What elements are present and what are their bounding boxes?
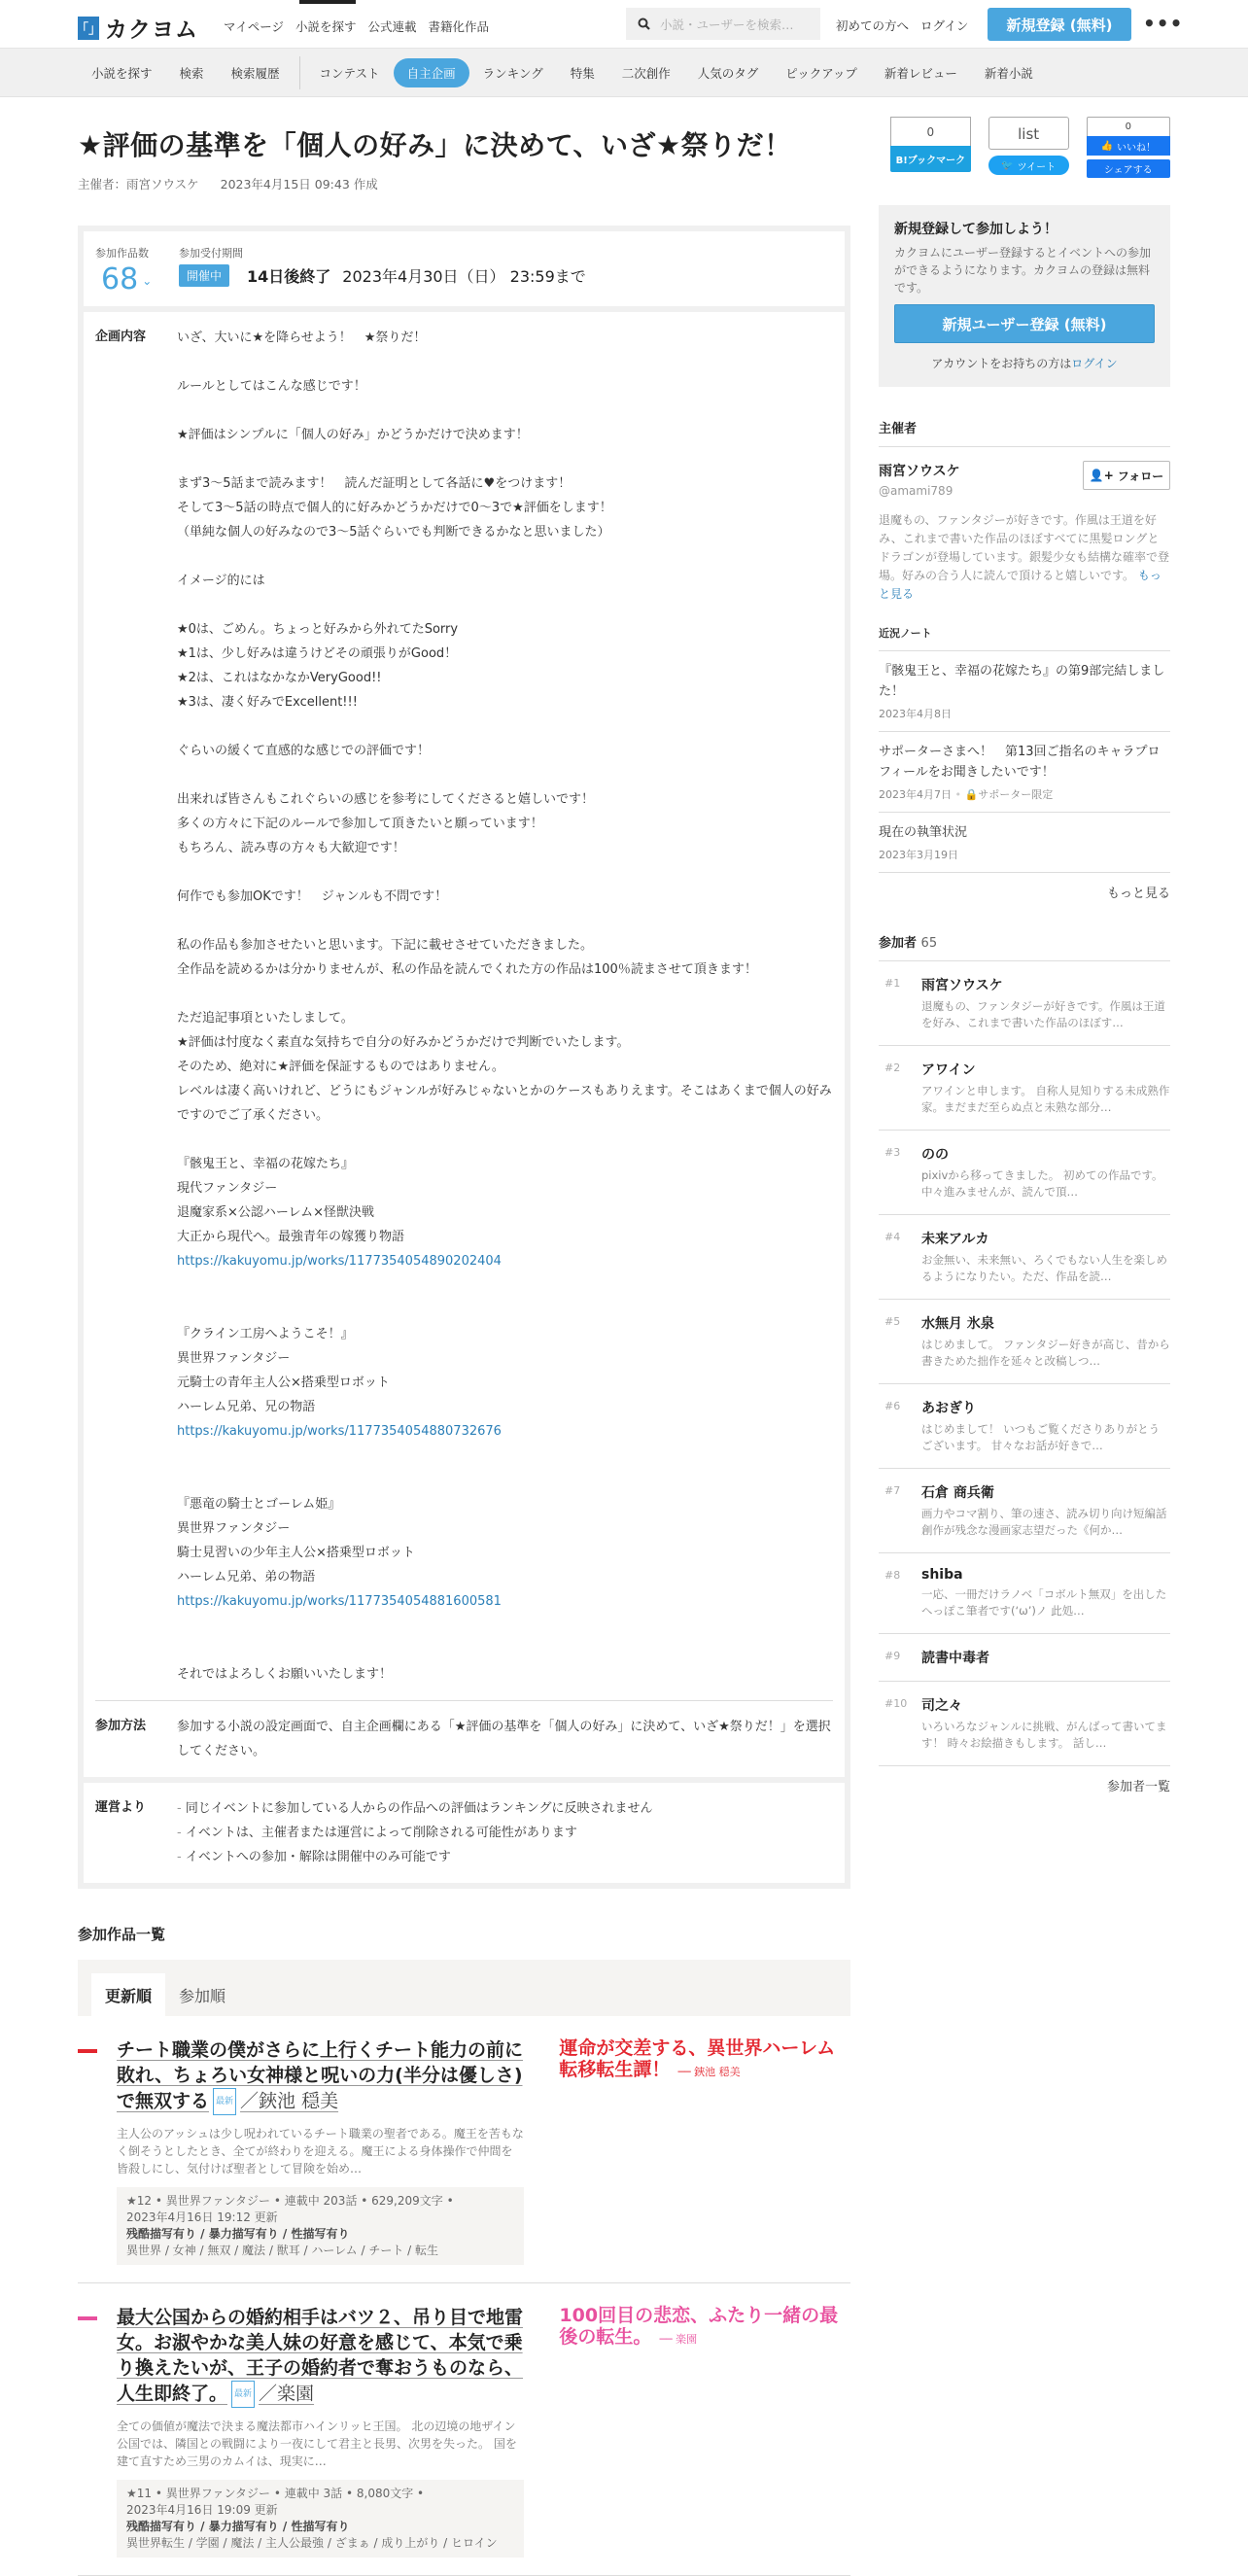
work-url-link[interactable]: https://kakuyomu.jp/works/11773540548816… <box>177 1589 833 1614</box>
content-line: （単純な個人の好みなので3～5話ぐらいでも判断できるかなと思いました） <box>177 520 833 544</box>
note-date-row: 2023年4月7日 • 🔒サポーター限定 <box>879 786 1170 802</box>
work-main: チート職業の僕がさらに上行くチート能力の前に敗れ、ちょろい女神様と呪いの力(半分… <box>117 2037 524 2265</box>
operator-note: 同じイベントに参加している人からの作品への評価はランキングに反映されません <box>177 1796 833 1821</box>
participant-name[interactable]: 水無月 氷泉 <box>921 1313 1170 1333</box>
participants-count: 65 <box>921 936 938 951</box>
operator-notes-panel: 運営より 同じイベントに参加している人からの作品への評価はランキングに反映されま… <box>78 1783 850 1889</box>
content-line: 全作品を読めるかは分かりませんが、私の作品を読んでくれた方の作品は100％読まさ… <box>177 957 833 982</box>
participant-info: 雨宮ソウスケ退魔もの、ファンタジーが好きです。作風は王道を好み、これまで書いた作… <box>921 975 1170 1031</box>
facebook-buttons: 0 👍いいね！ シェアする <box>1087 117 1171 178</box>
content-line: ぐらいの緩くて直感的な感じでの評価です！ <box>177 739 833 763</box>
active-nav-indicator <box>299 0 356 4</box>
sub-navigation: 小説を探す 検索 検索履歴 コンテスト 自主企画 ランキング 特集 二次創作 人… <box>0 49 1248 97</box>
operator-notes-section: 運営より 同じイベントに参加している人からの作品への評価はランキングに反映されま… <box>84 1783 845 1883</box>
participant-bio: お金無い、未来無い、ろくでもない人生を楽しめるようになりたい。ただ、作品を読… <box>921 1252 1170 1285</box>
fb-like-label: いいね！ <box>1117 139 1156 154</box>
nav-find-novels[interactable]: 小説を探す <box>295 17 357 35</box>
work-updated: 2023年4月16日 19:09 更新 <box>126 2502 514 2519</box>
participant-name[interactable]: のの <box>921 1144 1170 1164</box>
catchphrase-text: 100回目の悲恋、ふたり一緒の最後の転生。 <box>559 2305 838 2348</box>
participant-name[interactable]: 未来アルカ <box>921 1229 1170 1248</box>
participant-info: ののpixivから移ってきました。 初めての作品です。 中々進みませんが、読んで… <box>921 1144 1170 1201</box>
content-line: そのため、絶対に★評価を保証するものではありません。 <box>177 1055 833 1079</box>
period-block: 参加受付期間 開催中 14日後終了 2023年4月30日（日） 23:59まで <box>179 245 586 296</box>
host-bio: 退魔もの、ファンタジーが好きです。作風は王道を好み、これまで書いた作品のほぼすべ… <box>879 511 1170 604</box>
participant-item[interactable]: #6あおぎりはじめまして！ いつもご覧くださりありがとうございます。 甘々なお話… <box>879 1384 1170 1469</box>
works-count-label: 参加作品数 <box>95 245 179 261</box>
content-line <box>177 1444 833 1468</box>
subnav-new-reviews[interactable]: 新着レビュー <box>871 58 971 87</box>
participant-rank: #1 <box>879 975 921 1031</box>
notes-heading: 近況ノート <box>879 625 1170 651</box>
tab-updated-order[interactable]: 更新順 <box>91 1973 165 2016</box>
subnav-search-history[interactable]: 検索履歴 <box>218 58 294 87</box>
subnav-search[interactable]: 検索 <box>166 58 218 87</box>
sidebar: 0 B!ブックマーク list 🐦ツイート 0 👍いいね！ シェアする 新規登録… <box>879 97 1170 1794</box>
work-tags[interactable]: 異世界 / 女神 / 無双 / 魔法 / 獣耳 / ハーレム / チート / 転… <box>126 2243 514 2259</box>
participant-name[interactable]: アワイン <box>921 1060 1170 1079</box>
how-to-join-text: 参加する小説の設定画面で、自主企画欄にある「★評価の基準を「個人の好み」に決めて… <box>177 1715 833 1763</box>
work-updated: 2023年4月16日 19:12 更新 <box>126 2210 514 2226</box>
participant-info: 司之々いろいろなジャンルに挑戦、がんばって書いてます！ 時々お絵描きもします。 … <box>921 1695 1170 1752</box>
participant-rank: #3 <box>879 1144 921 1201</box>
participants-heading: 参加者 65 <box>879 932 1170 961</box>
content-line: それではよろしくお願いいたします！ <box>177 1662 833 1687</box>
content-line <box>177 909 833 933</box>
participant-item[interactable]: #4未来アルカお金無い、未来無い、ろくでもない人生を楽しめるようになりたい。ただ… <box>879 1215 1170 1300</box>
content-line: 元騎士の青年主人公×搭乗型ロボット <box>177 1371 833 1395</box>
event-stats: 参加作品数 68⌄ 参加受付期間 開催中 14日後終了 2023年4月30日（日… <box>84 231 845 312</box>
note-date: 2023年4月7日 <box>879 788 952 801</box>
content-line: ただ追記事項といたしまして。 <box>177 1006 833 1030</box>
works-list: チート職業の僕がさらに上行くチート能力の前に敗れ、ちょろい女神様と呪いの力(半分… <box>78 2016 850 2576</box>
new-badge: 最新 <box>213 2088 236 2115</box>
follow-button[interactable]: 👤+フォロー <box>1083 461 1170 490</box>
header-nav: マイページ 小説を探す 公式連載 書籍化作品 <box>224 17 489 35</box>
logo-mark-icon: 「」 <box>78 17 99 40</box>
tweet-label-wrap: 🐦ツイート <box>988 156 1069 175</box>
work-author[interactable]: ／楽園 <box>259 2384 314 2405</box>
hatena-label: B!ブックマーク <box>890 146 971 172</box>
event-meta: 主催者：雨宮ソウスケ 2023年4月15日 09:43 作成 <box>78 175 850 192</box>
subnav-divider <box>299 56 300 89</box>
operator-note: イベントへの参加・解除は開催中のみ可能です <box>177 1845 833 1869</box>
search-placeholder: 小説・ユーザーを検索… <box>660 16 794 33</box>
main-column: ★評価の基準を「個人の好み」に決めて、いざ★祭りだ！ 主催者：雨宮ソウスケ 20… <box>78 97 850 2576</box>
works-sort-tabs: 更新順 参加順 <box>78 1960 850 2016</box>
subnav-find-novels[interactable]: 小説を探す <box>78 58 166 87</box>
subnav-new-novels[interactable]: 新着小説 <box>971 58 1047 87</box>
note-item[interactable]: サポーターさまへ！ 第13回ご指名のキャラプロフィールをお聞きしたいです！202… <box>879 732 1170 813</box>
work-catchphrase: 運命が交差する、異世界ハーレム転移転生譚！── 鋏池 穏美 <box>559 2037 850 2265</box>
register-button[interactable]: 新規ユーザー登録 (無料) <box>894 304 1155 343</box>
subnav-user-events[interactable]: 自主企画 <box>394 58 469 87</box>
content-line <box>177 593 833 617</box>
content-line: 退魔家系×公認ハーレム×怪獣決戦 <box>177 1201 833 1225</box>
note-title[interactable]: 現在の執筆状況 <box>879 822 1170 843</box>
login-prompt-text: アカウントをお持ちの方は <box>931 357 1071 370</box>
notes-list: 『骸鬼王と、幸福の花嫁たち』の第9部完結しました！2023年4月8日サポーターさ… <box>879 651 1170 873</box>
participant-name[interactable]: あおぎり <box>921 1398 1170 1417</box>
content-line: 多くの方々に下記のルールで参加して頂きたいと願っています！ <box>177 812 833 836</box>
content-line: イメージ的には <box>177 569 833 593</box>
content-line <box>177 763 833 787</box>
content-line <box>177 982 833 1006</box>
work-item: チート職業の僕がさらに上行くチート能力の前に敗れ、ちょろい女神様と呪いの力(半分… <box>78 2016 850 2283</box>
subnav-contest[interactable]: コンテスト <box>306 58 394 87</box>
join-cta-box: 新規登録して参加しよう！ カクヨムにユーザー登録するとイベントへの参加ができるよ… <box>879 205 1170 387</box>
catchphrase-author: ── 楽園 <box>659 2333 697 2346</box>
catchphrase-author: ── 鋏池 穏美 <box>677 2066 740 2078</box>
participant-bio: アワインと申します。 自称人見知りする未成熟作家。まだまだ至らぬ点と未熟な部分… <box>921 1083 1170 1116</box>
works-count[interactable]: 68⌄ <box>95 262 179 296</box>
lock-icon: 🔒 <box>965 788 979 801</box>
participants-label: 参加者 <box>879 936 917 951</box>
share-buttons: 0 B!ブックマーク list 🐦ツイート 0 👍いいね！ シェアする <box>879 117 1170 178</box>
nav-published-works[interactable]: 書籍化作品 <box>429 17 490 35</box>
event-host[interactable]: 主催者：雨宮ソウスケ <box>78 177 199 191</box>
add-user-icon: 👤+ <box>1090 469 1114 482</box>
work-color-mark <box>78 2049 97 2053</box>
subnav-popular-tags[interactable]: 人気のタグ <box>684 58 773 87</box>
note-item[interactable]: 現在の執筆状況2023年3月19日 <box>879 813 1170 873</box>
content-line: もちろん、読み専の方々も大歓迎です！ <box>177 836 833 860</box>
twitter-bird-icon: 🐦 <box>1001 160 1013 171</box>
participant-bio: はじめまして。 ファンタジー好きが高じ、昔から書きためた拙作を延々と改稿しつ… <box>921 1337 1170 1370</box>
content-line: そして3～5話の時点で個人的に好みかどうかだけで0～3で★評価をします！ <box>177 496 833 520</box>
work-catchphrase: 100回目の悲恋、ふたり一緒の最後の転生。── 楽園 <box>559 2305 850 2558</box>
note-title[interactable]: 『骸鬼王と、幸福の花嫁たち』の第9部完結しました！ <box>879 661 1170 702</box>
tweet-count: list <box>988 117 1069 150</box>
work-author[interactable]: ／鋏池 穏美 <box>240 2091 338 2112</box>
work-color-mark <box>78 2316 97 2320</box>
participant-name[interactable]: 司之々 <box>921 1695 1170 1715</box>
signup-button[interactable]: 新規登録 (無料) <box>988 8 1131 41</box>
period-label: 参加受付期間 <box>179 245 586 261</box>
content-line: 現代ファンタジー <box>177 1176 833 1201</box>
operator-note: イベントは、主催者または運営によって削除される可能性があります <box>177 1821 833 1845</box>
work-main: 最大公国からの婚約相手はバツ２、吊り目で地雷女。お淑やかな美人妹の好意を感じて、… <box>117 2305 524 2558</box>
content-line: 『悪竜の騎士とゴーレム姫』 <box>177 1492 833 1516</box>
content-line <box>177 350 833 374</box>
content-line: まず3～5話まで読みます！ 読んだ証明として各話に♥をつけます！ <box>177 471 833 496</box>
participant-item[interactable]: #9読書中毒者 <box>879 1634 1170 1682</box>
content-line: 『クライン工房へようこそ！』 <box>177 1322 833 1346</box>
work-title-line: チート職業の僕がさらに上行くチート能力の前に敗れ、ちょろい女神様と呪いの力(半分… <box>117 2037 524 2115</box>
participant-bio: 退魔もの、ファンタジーが好きです。作風は王道を好み、これまで書いた作品のほぼす… <box>921 998 1170 1031</box>
chevron-down-icon: ⌄ <box>142 274 152 288</box>
note-date: 2023年4月8日 <box>879 708 952 720</box>
nav-mypage[interactable]: マイページ <box>224 17 284 35</box>
hatena-count: 0 <box>890 117 971 146</box>
content-line: 何作でも参加OKです！ ジャンルも不問です！ <box>177 885 833 909</box>
works-count-block: 参加作品数 68⌄ <box>95 245 179 296</box>
fb-share-button[interactable]: シェアする <box>1087 159 1171 178</box>
content-line <box>177 1468 833 1492</box>
how-to-join-label: 参加方法 <box>95 1715 177 1763</box>
work-description: 全ての価値が魔法で決まる魔法都市ハインリッヒ王国。 北の辺境の地ザイン公国では、… <box>117 2418 524 2470</box>
content-line: ★2は、これはなかなかVeryGood!! <box>177 666 833 690</box>
content-line <box>177 1298 833 1322</box>
content-line: 大正から現代へ。最強青年の嫁獲り物語 <box>177 1225 833 1249</box>
content-line: 異世界ファンタジー <box>177 1516 833 1541</box>
work-description: 主人公のアッシュは少し呪われているチート職業の聖者である。魔王を苦もなく倒そうと… <box>117 2125 524 2177</box>
subnav-features[interactable]: 特集 <box>557 58 608 87</box>
participant-item[interactable]: #7石倉 商兵衛画力やコマ割り、筆の速さ、読み切り向け短編話創作が残念な漫画家志… <box>879 1469 1170 1553</box>
subnav-ranking[interactable]: ランキング <box>469 58 557 87</box>
event-title: ★評価の基準を「個人の好み」に決めて、いざ★祭りだ！ <box>78 124 850 163</box>
participant-rank: #4 <box>879 1229 921 1285</box>
content-line <box>177 1128 833 1152</box>
content-line: ★1は、少し好みは違うけどその頑張りがGood！ <box>177 642 833 666</box>
content-line: ハーレム兄弟、兄の物語 <box>177 1395 833 1419</box>
dot-separator: • <box>955 788 962 801</box>
participant-name[interactable]: 石倉 商兵衛 <box>921 1482 1170 1502</box>
content-line: ハーレム兄弟、弟の物語 <box>177 1565 833 1589</box>
content-line <box>177 1273 833 1298</box>
operator-notes-list: 同じイベントに参加している人からの作品への評価はランキングに反映されません イベ… <box>177 1796 833 1869</box>
participant-info: 未来アルカお金無い、未来無い、ろくでもない人生を楽しめるようになりたい。ただ、作… <box>921 1229 1170 1285</box>
note-date-row: 2023年4月8日 <box>879 706 1170 721</box>
works-count-value: 68 <box>101 262 138 296</box>
participant-item[interactable]: #2アワインアワインと申します。 自称人見知りする未成熟作家。まだまだ至らぬ点と… <box>879 1046 1170 1131</box>
participant-item[interactable]: #3ののpixivから移ってきました。 初めての作品です。 中々進みませんが、読… <box>879 1131 1170 1215</box>
new-badge: 最新 <box>231 2381 255 2408</box>
participant-name[interactable]: 読書中毒者 <box>921 1648 1170 1667</box>
event-content-body: いざ、大いに★を降らせよう！ ★祭りだ！ルールとしてはこんな感じです！★評価はシ… <box>177 326 833 1687</box>
content-line: ルールとしてはこんな感じです！ <box>177 374 833 399</box>
event-detail-panel: 参加作品数 68⌄ 参加受付期間 開催中 14日後終了 2023年4月30日（日… <box>78 226 850 1783</box>
fb-like-button[interactable]: 👍いいね！ <box>1087 136 1171 156</box>
work-url-link[interactable]: https://kakuyomu.jp/works/11773540548902… <box>177 1249 833 1273</box>
content-line: ★評価は忖度なく素直な気持ちで自分の好みかどうかだけで判断でいたします。 <box>177 1030 833 1055</box>
period-row: 開催中 14日後終了 2023年4月30日（日） 23:59まで <box>179 264 586 287</box>
host-card: 雨宮ソウスケ @amami789 👤+フォロー <box>879 461 1170 498</box>
participant-info: アワインアワインと申します。 自称人見知りする未成熟作家。まだまだ至らぬ点と未熟… <box>921 1060 1170 1116</box>
status-badge: 開催中 <box>179 264 229 287</box>
participant-rank: #7 <box>879 1482 921 1539</box>
work-stats: ★11 • 異世界ファンタジー • 連載中 3話 • 8,080文字 • <box>126 2486 514 2502</box>
hatena-bookmark-button[interactable]: 0 B!ブックマーク <box>890 117 971 178</box>
event-created: 2023年4月15日 09:43 作成 <box>221 177 378 191</box>
join-text: カクヨムにユーザー登録するとイベントへの参加ができるようになります。カクヨムの登… <box>894 244 1155 296</box>
work-url-link[interactable]: https://kakuyomu.jp/works/11773540548807… <box>177 1419 833 1444</box>
global-header: 「」 カクヨム マイページ 小説を探す 公式連載 書籍化作品 小説・ユーザーを検… <box>0 0 1248 49</box>
participant-name[interactable]: 雨宮ソウスケ <box>921 975 1170 994</box>
content-line: ★0は、ごめん。ちょっと好みから外れてたSorry <box>177 617 833 642</box>
logo-text: カクヨム <box>105 12 198 44</box>
participant-name[interactable]: shiba <box>921 1567 1170 1583</box>
participant-rank: #2 <box>879 1060 921 1116</box>
participant-item[interactable]: #10司之々いろいろなジャンルに挑戦、がんばって書いてます！ 時々お絵描きもしま… <box>879 1682 1170 1766</box>
header-links: 初めての方へ ログイン <box>836 17 968 34</box>
works-heading: 参加作品一覧 <box>78 1924 850 1944</box>
search-input[interactable]: 小説・ユーザーを検索… <box>626 8 820 40</box>
host-heading: 主催者 <box>879 418 1170 447</box>
subnav-pickup[interactable]: ピックアップ <box>772 58 871 87</box>
participant-item[interactable]: #5水無月 氷泉はじめまして。 ファンタジー好きが高じ、昔から書きためた拙作を延… <box>879 1300 1170 1384</box>
content-line: ★3は、凄く好みでExcellent!!! <box>177 690 833 714</box>
sidebar-login-link[interactable]: ログイン <box>1071 357 1117 370</box>
participant-bio: いろいろなジャンルに挑戦、がんばって書いてます！ 時々お絵描きもします。 話し… <box>921 1719 1170 1752</box>
host-bio-text: 退魔もの、ファンタジーが好きです。作風は王道を好み、これまで書いた作品のほぼすべ… <box>879 513 1169 582</box>
content-line <box>177 714 833 739</box>
more-menu-icon[interactable]: ••• <box>1143 12 1183 35</box>
fb-count: 0 <box>1087 117 1171 136</box>
note-date-row: 2023年3月19日 <box>879 847 1170 862</box>
remaining-time: 14日後終了 <box>247 264 330 287</box>
content-line: 私の作品も参加させたいと思います。下記に載せさせていただきました。 <box>177 933 833 957</box>
work-title-line: 最大公国からの婚約相手はバツ２、吊り目で地雷女。お淑やかな美人妹の好意を感じて、… <box>117 2305 524 2408</box>
host-name[interactable]: 雨宮ソウスケ <box>879 461 960 480</box>
note-date: 2023年3月19日 <box>879 849 958 861</box>
subnav-fan-fiction[interactable]: 二次創作 <box>608 58 684 87</box>
note-item[interactable]: 『骸鬼王と、幸福の花嫁たち』の第9部完結しました！2023年4月8日 <box>879 651 1170 732</box>
content-line <box>177 544 833 569</box>
participant-info: 水無月 氷泉はじめまして。 ファンタジー好きが高じ、昔から書きためた拙作を延々と… <box>921 1313 1170 1370</box>
participant-info: あおぎりはじめまして！ いつもご覧くださりありがとうございます。 甘々なお話が好… <box>921 1398 1170 1454</box>
content-line <box>177 1614 833 1638</box>
content-line: 出来れば皆さんもこれぐらいの感じを参考にしてくださると嬉しいです！ <box>177 787 833 812</box>
content-line: 『骸鬼王と、幸福の花嫁たち』 <box>177 1152 833 1176</box>
work-info-box: ★11 • 異世界ファンタジー • 連載中 3話 • 8,080文字 •2023… <box>117 2480 524 2558</box>
participant-rank: #6 <box>879 1398 921 1454</box>
participants-all-link[interactable]: 参加者一覧 <box>879 1776 1170 1794</box>
event-content-section: 企画内容 いざ、大いに★を降らせよう！ ★祭りだ！ルールとしてはこんな感じです！… <box>84 312 845 1700</box>
work-warnings: 残酷描写有り / 暴力描写有り / 性描写有り <box>126 2519 514 2535</box>
login-prompt: アカウントをお持ちの方はログイン <box>894 355 1155 371</box>
content-line <box>177 860 833 885</box>
work-stats: ★12 • 異世界ファンタジー • 連載中 203話 • 629,209文字 • <box>126 2193 514 2210</box>
content-line: レベルは凄く高いけれど、どうにもジャンルが好みじゃないとかのケースもありえます。… <box>177 1079 833 1128</box>
participant-info: 読書中毒者 <box>921 1648 1170 1667</box>
tweet-button[interactable]: list 🐦ツイート <box>988 117 1069 178</box>
participant-bio: 画力やコマ割り、筆の速さ、読み切り向け短編話創作が残念な漫画家志望だった《何か… <box>921 1506 1170 1539</box>
end-date: 2023年4月30日（日） 23:59まで <box>342 264 585 287</box>
note-title[interactable]: サポーターさまへ！ 第13回ご指名のキャラプロフィールをお聞きしたいです！ <box>879 742 1170 783</box>
participant-rank: #8 <box>879 1567 921 1619</box>
participant-item[interactable]: #8shiba一応、一冊だけラノベ「コボルト無双」を出したへっぽこ筆者です(‘ω… <box>879 1553 1170 1634</box>
content-line: いざ、大いに★を降らせよう！ ★祭りだ！ <box>177 326 833 350</box>
notes-more-link[interactable]: もっと見る <box>879 883 1170 901</box>
work-title-link[interactable]: 最大公国からの婚約相手はバツ２、吊り目で地雷女。お淑やかな美人妹の好意を感じて、… <box>117 2307 523 2405</box>
site-logo[interactable]: 「」 カクヨム <box>78 12 198 44</box>
content-label: 企画内容 <box>95 326 177 1687</box>
join-heading: 新規登録して参加しよう！ <box>894 219 1155 238</box>
follow-label: フォロー <box>1118 468 1163 484</box>
work-item: 最大公国からの婚約相手はバツ２、吊り目で地雷女。お淑やかな美人妹の好意を感じて、… <box>78 2283 850 2576</box>
participants-list: #1雨宮ソウスケ退魔もの、ファンタジーが好きです。作風は王道を好み、これまで書い… <box>879 961 1170 1766</box>
tweet-label: ツイート <box>1018 158 1057 173</box>
content-line: 異世界ファンタジー <box>177 1346 833 1371</box>
participant-rank: #10 <box>879 1695 921 1752</box>
work-warnings: 残酷描写有り / 暴力描写有り / 性描写有り <box>126 2226 514 2243</box>
how-to-join-section: 参加方法 参加する小説の設定画面で、自主企画欄にある「★評価の基準を「個人の好み… <box>84 1701 845 1777</box>
thumbs-up-icon: 👍 <box>1101 141 1113 152</box>
login-link[interactable]: ログイン <box>920 17 968 34</box>
work-tags[interactable]: 異世界転生 / 学園 / 魔法 / 主人公最強 / ざまぁ / 成り上がり / … <box>126 2535 514 2552</box>
work-info-box: ★12 • 異世界ファンタジー • 連載中 203話 • 629,209文字 •… <box>117 2187 524 2265</box>
content-line <box>177 399 833 423</box>
beginners-link[interactable]: 初めての方へ <box>836 17 909 34</box>
participant-bio: はじめまして！ いつもご覧くださりありがとうございます。 甘々なお話が好きで… <box>921 1421 1170 1454</box>
tab-join-order[interactable]: 参加順 <box>165 1973 239 2016</box>
content-line <box>177 1638 833 1662</box>
participant-bio: 一応、一冊だけラノベ「コボルト無双」を出したへっぽこ筆者です(‘ω’)ノ 此処… <box>921 1586 1170 1619</box>
host-id: @amami789 <box>879 484 960 498</box>
search-icon <box>638 17 650 30</box>
content-line: 騎士見習いの少年主人公×搭乗型ロボット <box>177 1541 833 1565</box>
supporter-only-label: サポーター限定 <box>978 788 1053 801</box>
participant-rank: #9 <box>879 1648 921 1667</box>
participant-rank: #5 <box>879 1313 921 1370</box>
participant-item[interactable]: #1雨宮ソウスケ退魔もの、ファンタジーが好きです。作風は王道を好み、これまで書い… <box>879 961 1170 1046</box>
participant-info: shiba一応、一冊だけラノベ「コボルト無双」を出したへっぽこ筆者です(‘ω’)… <box>921 1567 1170 1619</box>
content-line: ★評価はシンプルに「個人の好み」かどうかだけで決めます！ <box>177 423 833 447</box>
content-line <box>177 447 833 471</box>
operator-notes-label: 運営より <box>95 1796 177 1869</box>
nav-official-serials[interactable]: 公式連載 <box>368 17 417 35</box>
participant-info: 石倉 商兵衛画力やコマ割り、筆の速さ、読み切り向け短編話創作が残念な漫画家志望だ… <box>921 1482 1170 1539</box>
participant-bio: pixivから移ってきました。 初めての作品です。 中々進みませんが、読んで頂… <box>921 1167 1170 1201</box>
